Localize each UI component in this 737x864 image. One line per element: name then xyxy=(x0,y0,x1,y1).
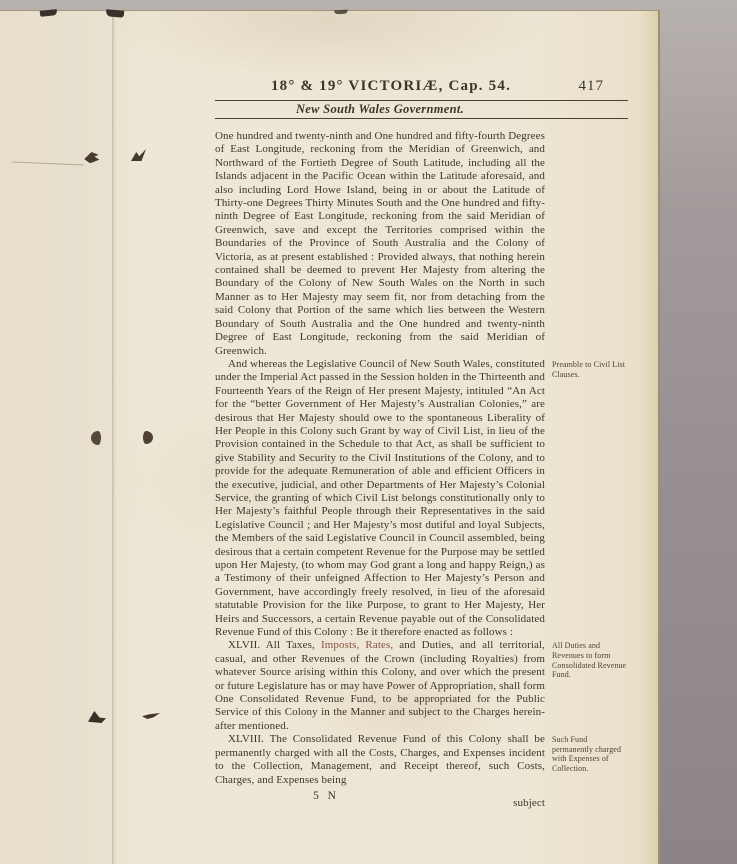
page-header: 18° & 19° VICTORIÆ, Cap. 54. 417 xyxy=(215,78,628,97)
section-xlvii-rest: and Duties, and all territorial, casual,… xyxy=(215,639,545,731)
binding-hole-mark xyxy=(91,431,101,445)
scanned-page-background: 18° & 19° VICTORIÆ, Cap. 54. 417 New Sou… xyxy=(0,0,737,864)
margin-note-duties: All Duties and Revenues to form Consolid… xyxy=(552,641,630,679)
margin-note-expenses: Such Fund permanently charged with Expen… xyxy=(552,735,630,773)
page-number: 417 xyxy=(579,78,605,95)
section-xlviii-paragraph: XLVIII. The Consolidated Revenue Fund of… xyxy=(215,733,545,787)
margin-note-preamble: Preamble to Civil List Clauses. xyxy=(552,360,630,379)
binding-hole-mark xyxy=(143,431,153,444)
top-edge-notch xyxy=(334,10,348,15)
binding-fold-line xyxy=(112,11,116,864)
paragraph-preamble-text: And whereas the Legislative Council of N… xyxy=(215,358,545,638)
running-title: New South Wales Government. xyxy=(215,101,545,117)
binding-hole-mark xyxy=(83,151,99,164)
page-content: 18° & 19° VICTORIÆ, Cap. 54. 417 New Sou… xyxy=(215,78,628,810)
act-title: 18° & 19° VICTORIÆ, Cap. 54. xyxy=(215,78,567,95)
page-foot-line: 5 N subject xyxy=(215,788,545,810)
top-edge-notch xyxy=(40,9,58,17)
signature-mark: 5 N xyxy=(313,790,339,803)
section-xlvii-paragraph: XLVII. All Taxes, Imposts, Rates, and Du… xyxy=(215,639,545,733)
paragraph-preamble: And whereas the Legislative Council of N… xyxy=(215,358,545,640)
binding-hole-mark xyxy=(131,149,146,161)
binding-hole-mark xyxy=(88,711,106,723)
section-xlvii-tinted-words: Imposts, Rates, xyxy=(321,639,393,651)
binding-hole-mark xyxy=(142,713,160,719)
body-text-column: One hundred and twenty-ninth and One hun… xyxy=(215,130,545,810)
catchword: subject xyxy=(513,797,545,810)
section-xlviii-text: XLVIII. The Consolidated Revenue Fund of… xyxy=(215,733,545,785)
header-rule-bottom xyxy=(215,118,628,119)
paragraph-continuation: One hundred and twenty-ninth and One hun… xyxy=(215,130,545,358)
top-edge-notch xyxy=(106,9,125,18)
pencil-mark xyxy=(12,161,84,165)
section-xlvii-prefix: XLVII. All Taxes, xyxy=(228,639,321,651)
